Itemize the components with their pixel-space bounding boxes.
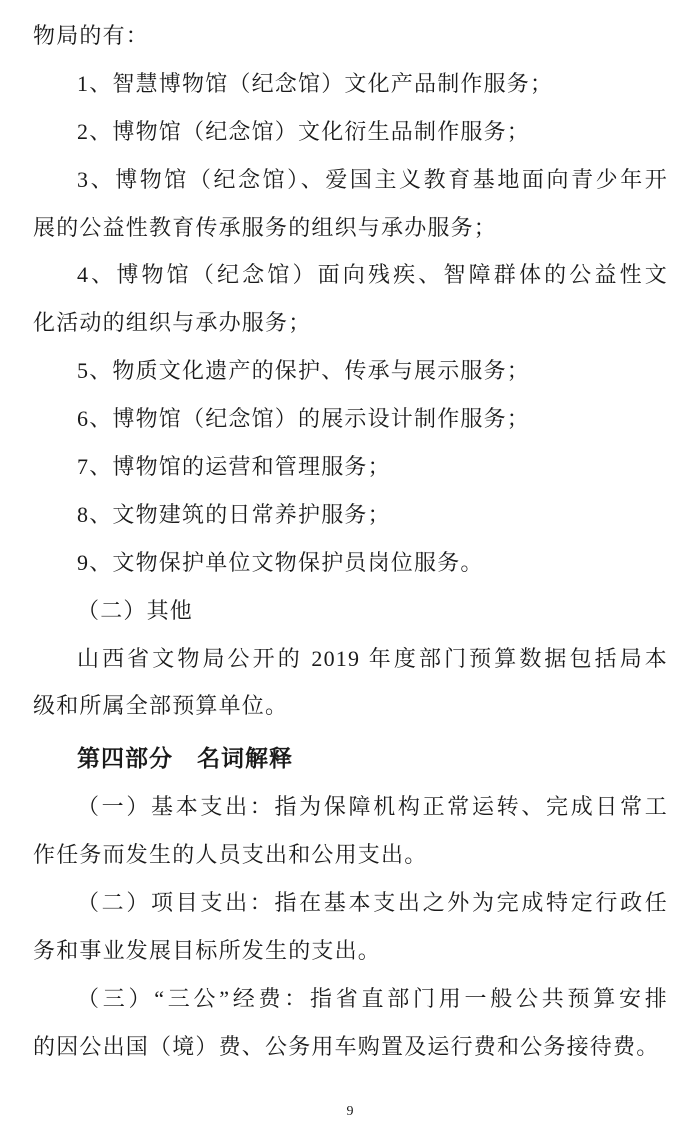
doc-line-6: 化活动的组织与承办服务；	[33, 299, 668, 347]
doc-line-8: 6、博物馆（纪念馆）的展示设计制作服务；	[33, 395, 668, 443]
doc-line-17: 作任务而发生的人员支出和公用支出。	[33, 831, 668, 879]
doc-line-5: 4、博物馆（纪念馆）面向残疾、智障群体的公益性文	[33, 251, 668, 299]
doc-line-1: 1、智慧博物馆（纪念馆）文化产品制作服务；	[33, 60, 668, 108]
page-number: 9	[0, 1104, 700, 1120]
doc-line-0: 物局的有：	[33, 12, 668, 60]
doc-line-16: （一）基本支出：指为保障机构正常运转、完成日常工	[33, 783, 668, 831]
doc-line-9: 7、博物馆的运营和管理服务；	[33, 443, 668, 491]
doc-line-7: 5、物质文化遗产的保护、传承与展示服务；	[33, 347, 668, 395]
doc-line-20: （三）“三公”经费：指省直部门用一般公共预算安排	[33, 975, 668, 1023]
doc-line-3: 3、博物馆（纪念馆）、爱国主义教育基地面向青少年开	[33, 156, 668, 204]
section-heading: 第四部分 名词解释	[33, 735, 668, 783]
document-body: 物局的有： 1、智慧博物馆（纪念馆）文化产品制作服务； 2、博物馆（纪念馆）文化…	[33, 12, 668, 1071]
document-page: 物局的有： 1、智慧博物馆（纪念馆）文化产品制作服务； 2、博物馆（纪念馆）文化…	[0, 0, 700, 1136]
doc-line-18: （二）项目支出：指在基本支出之外为完成特定行政任	[33, 879, 668, 927]
doc-line-4: 展的公益性教育传承服务的组织与承办服务；	[33, 204, 668, 252]
doc-line-19: 务和事业发展目标所发生的支出。	[33, 927, 668, 975]
doc-line-11: 9、文物保护单位文物保护员岗位服务。	[33, 539, 668, 587]
doc-line-14: 级和所属全部预算单位。	[33, 682, 668, 730]
doc-line-10: 8、文物建筑的日常养护服务；	[33, 491, 668, 539]
doc-line-21: 的因公出国（境）费、公务用车购置及运行费和公务接待费。	[33, 1023, 668, 1071]
doc-line-13: 山西省文物局公开的 2019 年度部门预算数据包括局本	[33, 635, 668, 683]
doc-line-2: 2、博物馆（纪念馆）文化衍生品制作服务；	[33, 108, 668, 156]
doc-line-12: （二）其他	[33, 587, 668, 635]
